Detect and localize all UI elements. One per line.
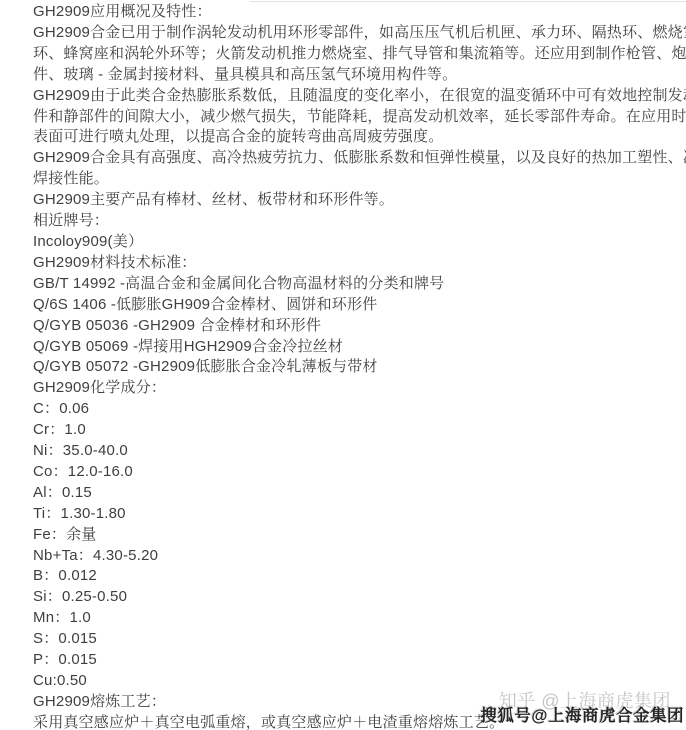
text-line: GH2909合金已用于制作涡轮发动机用环形零部件，如高压压气机后机匣、承力环、隔… xyxy=(33,23,678,44)
composition-item: P：0.015 xyxy=(33,650,678,671)
composition-item: Fe：余量 xyxy=(33,525,678,546)
text-line: GH2909合金具有高强度、高冷热疲劳抗力、低膨胀系数和恒弹性模量，以及良好的热… xyxy=(33,148,678,169)
section-heading: 相近牌号： xyxy=(33,211,678,232)
text-line: 表面可进行喷丸处理，以提高合金的旋转弯曲高周疲劳强度。 xyxy=(33,127,678,148)
composition-item: S：0.015 xyxy=(33,629,678,650)
section-heading: GH2909化学成分： xyxy=(33,378,678,399)
standard-item: GB/T 14992 -高温合金和金属间化合物高温材料的分类和牌号 xyxy=(33,274,678,295)
section-composition: GH2909化学成分： C：0.06 Cr：1.0 Ni：35.0-40.0 C… xyxy=(33,378,678,692)
section-overview: GH2909应用概况及特性： GH2909合金已用于制作涡轮发动机用环形零部件，… xyxy=(33,2,678,211)
standard-item: Q/GYB 05072 -GH2909低膨胀合金冷轧薄板与带材 xyxy=(33,357,678,378)
watermark-sohu: 搜狐号@上海商虎合金集团 xyxy=(480,702,684,726)
text-line: GH2909主要产品有棒材、丝材、板带材和环形件等。 xyxy=(33,190,678,211)
composition-item: B：0.012 xyxy=(33,566,678,587)
composition-item: Mn：1.0 xyxy=(33,608,678,629)
section-heading: GH2909材料技术标准： xyxy=(33,253,678,274)
section-heading: GH2909应用概况及特性： xyxy=(33,2,678,23)
text-line: 焊接性能。 xyxy=(33,169,678,190)
section-similar-grades: 相近牌号： Incoloy909(美） xyxy=(33,211,678,253)
composition-item: Si：0.25-0.50 xyxy=(33,587,678,608)
text-line: 件和静部件的间隙大小，减少燃气损失，节能降耗，提高发动机效率，延长零部件寿命。在… xyxy=(33,107,678,128)
composition-item: C：0.06 xyxy=(33,399,678,420)
composition-item: Al：0.15 xyxy=(33,483,678,504)
standard-item: Q/GYB 05069 -焊接用HGH2909合金冷拉丝材 xyxy=(33,337,678,358)
composition-item: Nb+Ta：4.30-5.20 xyxy=(33,546,678,567)
section-standards: GH2909材料技术标准： GB/T 14992 -高温合金和金属间化合物高温材… xyxy=(33,253,678,378)
composition-item: Ti：1.30-1.80 xyxy=(33,504,678,525)
text-line: GH2909由于此类合金热膨胀系数低，且随温度的变化率小，在很宽的温变循环中可有… xyxy=(33,86,678,107)
standard-item: Q/6S 1406 -低膨胀GH909合金棒材、圆饼和环形件 xyxy=(33,295,678,316)
composition-item: Cr：1.0 xyxy=(33,420,678,441)
text-line: 件、玻璃 - 金属封接材料、量具模具和高压氢气环境用构件等。 xyxy=(33,65,678,86)
article-body: GH2909应用概况及特性： GH2909合金已用于制作涡轮发动机用环形零部件，… xyxy=(33,2,678,730)
text-line: Incoloy909(美） xyxy=(33,232,678,253)
composition-item: Co：12.0-16.0 xyxy=(33,462,678,483)
standard-item: Q/GYB 05036 -GH2909 合金棒材和环形件 xyxy=(33,316,678,337)
text-line: 环、蜂窝座和涡轮外环等；火箭发动机推力燃烧室、排气导管和集流箱等。还应用到制作枪… xyxy=(33,44,678,65)
composition-item: Ni：35.0-40.0 xyxy=(33,441,678,462)
